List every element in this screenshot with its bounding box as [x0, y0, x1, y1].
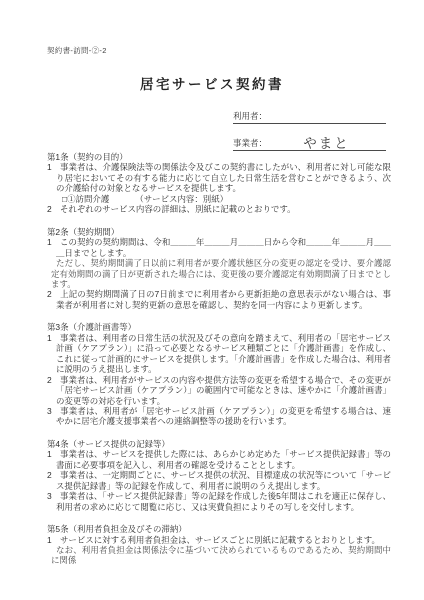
item-text: 事業者は、利用者の日常生活の状況及びその意向を踏まえて、利用者の「居宅サービス計…	[56, 333, 391, 374]
article-item: 1この契約の契約期間は、令和＿＿＿年＿＿＿月＿＿＿日から令和＿＿＿年＿＿＿月＿＿…	[47, 237, 391, 258]
article: 第1条（契約の目的） 1事業者は、介護保険法等の関係法令及びこの契約書にしたがい…	[47, 152, 391, 215]
item-number: 1	[47, 449, 60, 459]
doc-number: 契約書-訪問-②-2	[47, 45, 107, 56]
articles: 第1条（契約の目的） 1事業者は、介護保険法等の関係法令及びこの契約書にしたがい…	[47, 152, 391, 566]
article: 第5条（利用者負担金及びその滞納） 1サービスに対する利用者負担金は、サービスご…	[47, 524, 391, 566]
article-heading: 第5条（利用者負担金及びその滞納）	[47, 524, 391, 534]
service-option-detail: （サービス内容：別紙）	[135, 194, 228, 204]
item-number: 1	[47, 333, 60, 343]
item-text: 事業者は、利用者が「居宅サービス計画（ケアプラン）」の変更を希望する場合は、速や…	[56, 406, 391, 426]
item-text: 事業者は、利用者がサービスの内容や提供方法等の変更を希望する場合で、その変更が「…	[56, 375, 391, 406]
article-items: 1事業者は、利用者の日常生活の状況及びその意向を踏まえて、利用者の「居宅サービス…	[47, 333, 391, 427]
service-option-label: ①訪問介護	[67, 194, 109, 204]
article-items: 1事業者は、サービスを提供した際には、あらかじめ定めた「サービス提供記録書」等の…	[47, 449, 391, 512]
article: 第4条（サービス提供の記録等） 1事業者は、サービスを提供した際には、あらかじめ…	[47, 439, 391, 512]
article-heading: 第2条（契約期間）	[47, 227, 391, 237]
article-item: 2上記の契約期間満了日の7日前までに利用者から更新拒絶の意思表示がない場合は、事…	[47, 289, 391, 310]
article-item: 2事業者は、一定期間ごとに、サービス提供の状況、目標達成の状況等について「サービ…	[47, 470, 391, 491]
article-item: 1事業者は、介護保険法等の関係法令及びこの契約書にしたがい、利用者に対し可能な限…	[47, 162, 391, 193]
article-item: なお、利用者負担金は関係法令に基づいて決められているものであるため、契約期間中に…	[47, 545, 391, 566]
service-option-item: □①訪問介護（サービス内容：別紙）	[47, 194, 391, 204]
article-item: 1事業者は、サービスを提供した際には、あらかじめ定めた「サービス提供記録書」等の…	[47, 449, 391, 470]
article-items: 1この契約の契約期間は、令和＿＿＿年＿＿＿月＿＿＿日から令和＿＿＿年＿＿＿月＿＿…	[47, 237, 391, 310]
user-label: 利用者：	[233, 110, 267, 123]
article-item: 1事業者は、利用者の日常生活の状況及びその意向を踏まえて、利用者の「居宅サービス…	[47, 333, 391, 375]
item-number: 1	[47, 237, 60, 247]
item-text: この契約の契約期間は、令和＿＿＿年＿＿＿月＿＿＿日から令和＿＿＿年＿＿＿月＿＿＿…	[56, 237, 391, 257]
item-text: 事業者は、介護保険法等の関係法令及びこの契約書にしたがい、利用者に対し可能な限り…	[56, 162, 391, 193]
article-item: 3事業者は、利用者が「居宅サービス計画（ケアプラン）」の変更を希望する場合は、速…	[47, 406, 391, 427]
item-number: 3	[47, 491, 60, 501]
item-number: 1	[47, 162, 60, 172]
article: 第2条（契約期間） 1この契約の契約期間は、令和＿＿＿年＿＿＿月＿＿＿日から令和…	[47, 227, 391, 311]
article-item: 1サービスに対する利用者負担金は、サービスごとに別紙に記載するとおりとします。	[47, 535, 391, 545]
contract-page: 契約書-訪問-②-2 居宅サービス契約書 利用者： 事業者： やまと 第1条（契…	[0, 0, 424, 600]
item-text: 事業者は、「サービス提供記録書」等の記録を作成した後5年間はこれを適正に保存し、…	[56, 491, 391, 511]
user-signature-value[interactable]	[267, 122, 386, 123]
item-number: 2	[47, 470, 60, 480]
provider-signature-line[interactable]: 事業者： やまと	[233, 136, 386, 151]
article: 第3条（介護計画書等） 1事業者は、利用者の日常生活の状況及びその意向を踏まえて…	[47, 322, 391, 427]
page-title: 居宅サービス契約書	[0, 73, 424, 93]
item-text: ただし、契約期間満了日以前に利用者が要介護状態区分の変更の認定を受け、要介護認定…	[51, 258, 391, 289]
article-item: 2それぞれのサービス内容の詳細は、別紙に記載のとおりです。	[47, 204, 391, 214]
item-text: サービスに対する利用者負担金は、サービスごとに別紙に記載するとおりとします。	[60, 535, 380, 545]
article-heading: 第1条（契約の目的）	[47, 152, 391, 162]
item-number: 2	[47, 289, 60, 299]
item-text: 上記の契約期間満了日の7日前までに利用者から更新拒絶の意思表示がない場合は、事業…	[56, 289, 391, 309]
item-text: 事業者は、サービスを提供した際には、あらかじめ定めた「サービス提供記録書」等の書…	[56, 449, 391, 469]
article-items: 1サービスに対する利用者負担金は、サービスごとに別紙に記載するとおりとします。 …	[47, 535, 391, 566]
item-text: なお、利用者負担金は関係法令に基づいて決められているものであるため、契約期間中に…	[51, 545, 391, 565]
item-number: 3	[47, 406, 60, 416]
item-number: 1	[47, 535, 60, 545]
provider-label: 事業者：	[233, 137, 267, 150]
article-item: 2事業者は、利用者がサービスの内容や提供方法等の変更を希望する場合で、その変更が…	[47, 375, 391, 406]
item-number: 2	[47, 204, 60, 214]
item-text: それぞれのサービス内容の詳細は、別紙に記載のとおりです。	[60, 204, 296, 214]
article-items: 1事業者は、介護保険法等の関係法令及びこの契約書にしたがい、利用者に対し可能な限…	[47, 162, 391, 214]
article-item: ただし、契約期間満了日以前に利用者が要介護状態区分の変更の認定を受け、要介護認定…	[47, 258, 391, 289]
article-item: 3事業者は、「サービス提供記録書」等の記録を作成した後5年間はこれを適正に保存し…	[47, 491, 391, 512]
article-heading: 第3条（介護計画書等）	[47, 322, 391, 332]
item-text: 事業者は、一定期間ごとに、サービス提供の状況、目標達成の状況等について「サービス…	[56, 470, 391, 490]
article-heading: 第4条（サービス提供の記録等）	[47, 439, 391, 449]
user-signature-line[interactable]: 利用者：	[233, 109, 386, 124]
item-number: 2	[47, 375, 60, 385]
provider-signature-value: やまと	[267, 137, 386, 152]
